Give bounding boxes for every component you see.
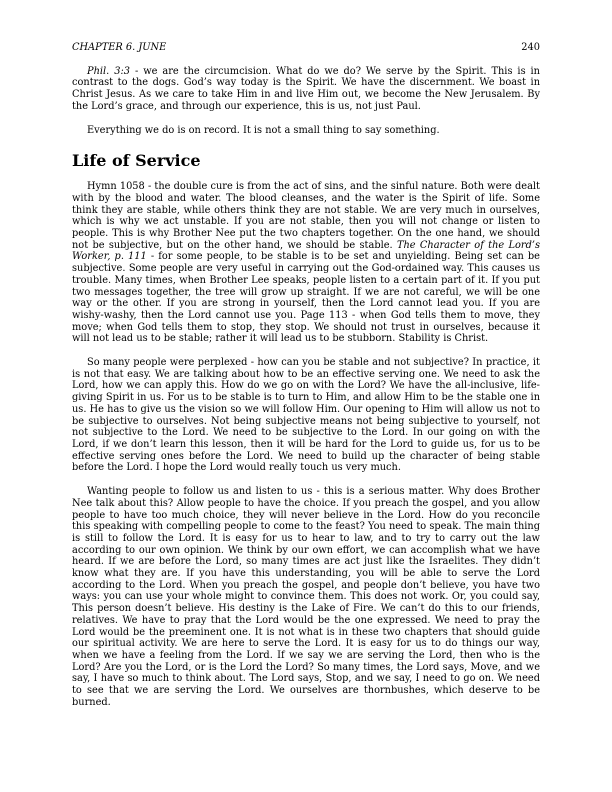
paragraph-text: - for some people, to be stable is to be… xyxy=(72,251,540,344)
running-header: CHAPTER 6. JUNE 240 xyxy=(72,42,540,54)
section-heading: Life of Service xyxy=(72,151,540,171)
page-number: 240 xyxy=(521,42,540,54)
paragraph-wanting: Wanting people to follow us and listen t… xyxy=(72,486,540,708)
paragraph-text: - we are the circumcision. What do we do… xyxy=(72,66,540,112)
chapter-title: CHAPTER 6. JUNE xyxy=(72,42,166,54)
paragraph-phil: Phil. 3:3 - we are the circumcision. Wha… xyxy=(72,66,540,113)
scripture-reference: Phil. 3:3 xyxy=(87,66,130,77)
document-page: CHAPTER 6. JUNE 240 Phil. 3:3 - we are t… xyxy=(72,42,540,720)
paragraph-record: Everything we do is on record. It is not… xyxy=(72,125,540,137)
paragraph-perplexed: So many people were perplexed - how can … xyxy=(72,357,540,474)
paragraph-hymn: Hymn 1058 - the double cure is from the … xyxy=(72,181,540,345)
